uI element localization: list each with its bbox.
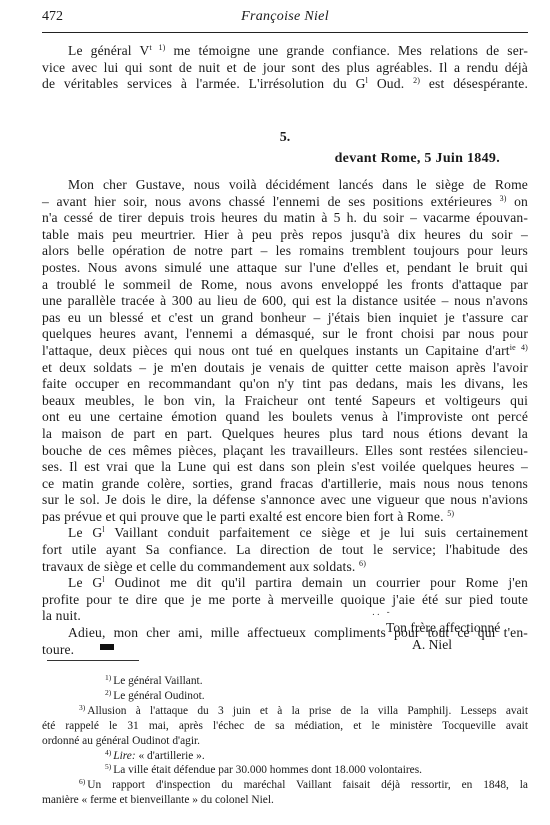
letter-dateline: devant Rome, 5 Juin 1849. <box>335 151 500 167</box>
text-line: Le Gl Vaillant conduit parfaitement ce s… <box>42 525 528 542</box>
footnote-3: 3)Allusion à l'attaque du 3 juin et à la… <box>42 704 528 749</box>
footnote-1: 1)Le général Vaillant. <box>42 674 528 689</box>
text-line: n'a cessé de tirer depuis trois heures d… <box>42 210 528 227</box>
text-line: quelques heures avant, l'ennemi a démasq… <box>42 326 528 343</box>
header-rule <box>42 32 528 33</box>
footnote-6: 6)Un rapport d'inspection du maréchal Va… <box>42 778 528 808</box>
running-head: 472 Françoise Niel <box>42 9 528 29</box>
letter-number: 5. <box>42 130 528 146</box>
text-line: la maison de part en part. Quelques heur… <box>42 426 528 443</box>
text-line: travaux de siège et celle du commandemen… <box>42 559 528 576</box>
footnotes: 1)Le général Vaillant. 2)Le général Oudi… <box>42 674 528 808</box>
ink-blot <box>100 644 114 650</box>
text-line: l'attaque, deux pièces qui nous ont tué … <box>42 343 528 360</box>
text-line: sur le sol. Je dois le dire, la défense … <box>42 492 528 509</box>
text-line: fort utile ayant Sa confiance. La direct… <box>42 542 528 559</box>
footnote-rule <box>47 660 139 661</box>
text-line: postes. Nous avons simulé une attaque su… <box>42 260 528 277</box>
text-line: ses. Il est vrai que la Lune qui est dan… <box>42 459 528 476</box>
text-line: ce matin grande colère, sorties, grand f… <box>42 476 528 493</box>
text-line: vice avec lui qui sont de nuit et de jou… <box>42 60 528 77</box>
text-line: et deux soldats – je m'en doutais je ven… <box>42 360 528 377</box>
letter-signature: A. Niel <box>412 637 452 653</box>
footnote-4: 4)Lire: « d'artillerie ». <box>42 749 528 764</box>
text-line: une parallèle tracée à 300 au lieu de 60… <box>42 293 528 310</box>
footnote-2: 2)Le général Oudinot. <box>42 689 528 704</box>
text-line: pas prévue et qui prouve que le parti ex… <box>42 509 528 526</box>
running-title: Françoise Niel <box>42 9 528 25</box>
text-line: toure. <box>42 642 528 659</box>
text-line: de véritables services à l'armée. L'irré… <box>42 76 528 93</box>
letter-closing: Ton frère affectionné <box>386 620 500 636</box>
text-line: profite pour te dire que je me porte à m… <box>42 592 528 609</box>
text-line: beaux meubles, le bon vin, la Fraicheur … <box>42 393 528 410</box>
text-line: alors belle opération de notre part – le… <box>42 243 528 260</box>
text-line: faite occuper en recommandant qu'on n'y … <box>42 376 528 393</box>
footnote-5: 5)La ville était défendue par 30.000 hom… <box>42 763 528 778</box>
text-line: bouche de ces mêmes pièces, plaçant les … <box>42 443 528 460</box>
text-line: table mais peu meurtrier. Hier à peu prè… <box>42 227 528 244</box>
text-line: pas eu un blessé et c'est un grand bonhe… <box>42 310 528 327</box>
text-line: Mon cher Gustave, nous voilà décidément … <box>42 177 528 194</box>
text-line: ont eu une certaine émotion quand les bo… <box>42 409 528 426</box>
text-line: Le Gl Oudinot me dit qu'il partira demai… <box>42 575 528 592</box>
stray-print-marks: .. - <box>372 608 392 618</box>
text-line: – avant hier soir, nous avons chassé l'e… <box>42 194 528 211</box>
opening-paragraph: Le général Vt 1) me témoigne une grande … <box>42 43 528 93</box>
letter-paragraph-1: Mon cher Gustave, nous voilà décidément … <box>42 177 528 658</box>
text-line: Le général Vt 1) me témoigne une grande … <box>42 43 528 60</box>
text-line: a troublé le sommeil de Rome, nous avons… <box>42 277 528 294</box>
